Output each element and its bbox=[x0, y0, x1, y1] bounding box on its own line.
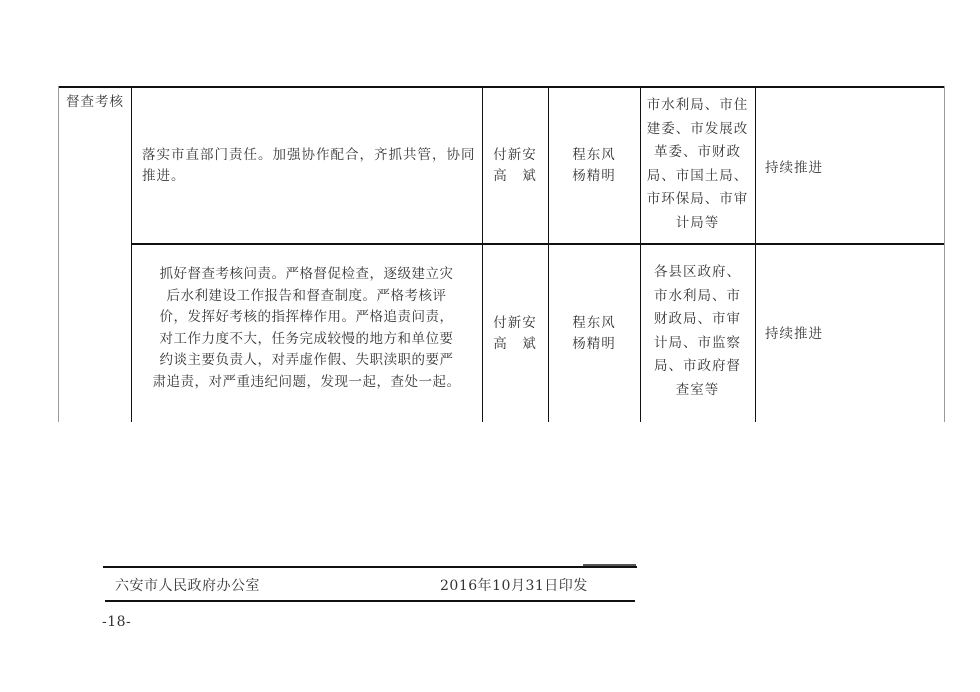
page-number: -18- bbox=[102, 614, 131, 630]
task-table: 督查考核 落实市直部门责任。加强协作配合，齐抓共管，协同推进。 付新安 高 斌 … bbox=[58, 86, 944, 422]
leader-name: 高 斌 bbox=[482, 166, 548, 187]
leader-cell: 付新安 高 斌 bbox=[482, 145, 548, 187]
category-cell: 督查考核 bbox=[66, 92, 124, 113]
col-divider bbox=[548, 86, 549, 422]
document-page: 督查考核 落实市直部门责任。加强协作配合，齐抓共管，协同推进。 付新安 高 斌 … bbox=[0, 0, 980, 692]
units-line: 建委、市发展改 bbox=[640, 118, 755, 142]
responsible-name: 程东风 bbox=[548, 145, 640, 166]
leader-name: 高 斌 bbox=[482, 334, 548, 355]
row-divider bbox=[131, 243, 944, 245]
responsible-name: 杨精明 bbox=[548, 166, 640, 187]
units-line: 各县区政府、 bbox=[640, 261, 755, 285]
task-line: 抓好督查考核问责。严格督促检查，逐级建立灾 bbox=[131, 264, 482, 286]
units-line: 市水利局、市住 bbox=[640, 94, 755, 118]
footer-bottom-rule bbox=[105, 600, 635, 602]
table-right-border bbox=[944, 86, 945, 422]
responsible-cell: 程东风 杨精明 bbox=[548, 145, 640, 187]
units-line: 革委、市财政 bbox=[640, 141, 755, 165]
table-top-border bbox=[58, 86, 944, 88]
leader-name: 付新安 bbox=[482, 313, 548, 334]
units-line: 局、市政府督 bbox=[640, 355, 755, 379]
units-line: 市环保局、市审 bbox=[640, 188, 755, 212]
leader-name: 付新安 bbox=[482, 145, 548, 166]
units-line: 计局、市监察 bbox=[640, 332, 755, 356]
responsible-cell: 程东风 杨精明 bbox=[548, 313, 640, 355]
col-divider bbox=[755, 86, 756, 422]
units-line: 计局等 bbox=[640, 212, 755, 236]
task-line: 后水利建设工作报告和督查制度。严格考核评 bbox=[131, 286, 482, 308]
units-line: 市水利局、市 bbox=[640, 285, 755, 309]
footer-top-rule bbox=[103, 566, 637, 568]
status-cell: 持续推进 bbox=[765, 324, 935, 345]
issuer-name: 六安市人民政府办公室 bbox=[115, 575, 260, 595]
col-divider bbox=[482, 86, 483, 422]
leader-cell: 付新安 高 斌 bbox=[482, 313, 548, 355]
task-line: 价，发挥好考核的指挥棒作用。严格追责问责， bbox=[131, 307, 482, 329]
task-line: 约谈主要负责人，对弄虚作假、失职渎职的要严 bbox=[131, 350, 482, 372]
units-line: 财政局、市审 bbox=[640, 308, 755, 332]
units-cell: 各县区政府、 市水利局、市 财政局、市审 计局、市监察 局、市政府督 查室等 bbox=[640, 261, 755, 402]
status-cell: 持续推进 bbox=[765, 158, 935, 179]
table-left-border bbox=[58, 86, 59, 422]
task-cell: 抓好督查考核问责。严格督促检查，逐级建立灾 后水利建设工作报告和督查制度。严格考… bbox=[131, 264, 482, 393]
task-line: 对工作力度不大，任务完成较慢的地方和单位要 bbox=[131, 329, 482, 351]
responsible-name: 程东风 bbox=[548, 313, 640, 334]
task-cell: 落实市直部门责任。加强协作配合，齐抓共管，协同推进。 bbox=[142, 145, 478, 187]
units-line: 查室等 bbox=[640, 379, 755, 403]
issue-date: 2016年10月31日印发 bbox=[440, 575, 588, 595]
responsible-name: 杨精明 bbox=[548, 334, 640, 355]
units-line: 局、市国土局、 bbox=[640, 165, 755, 189]
units-cell: 市水利局、市住 建委、市发展改 革委、市财政 局、市国土局、 市环保局、市审 计… bbox=[640, 94, 755, 235]
task-line: 肃追责，对严重违纪问题，发现一起，查处一起。 bbox=[131, 372, 482, 394]
